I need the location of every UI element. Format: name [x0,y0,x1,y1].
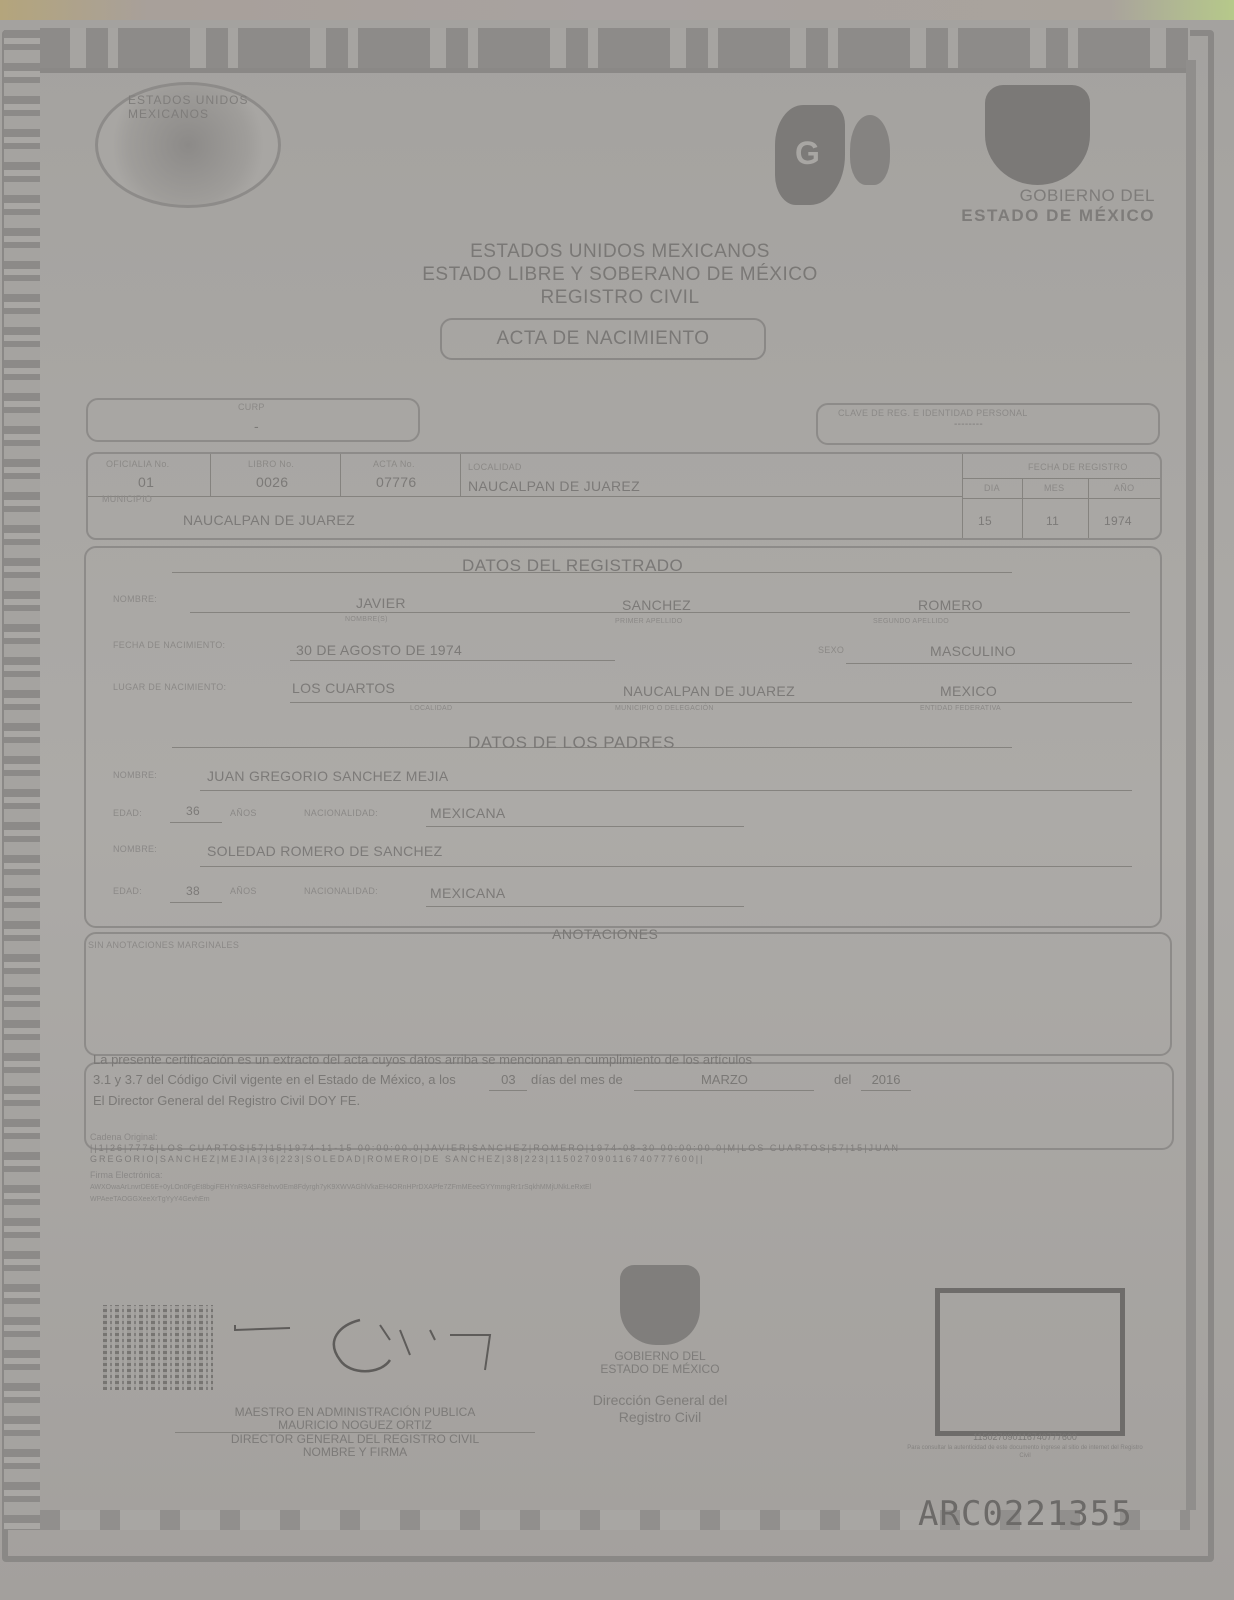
primer-apellido-value: SANCHEZ [622,597,691,613]
oficialia-value: 01 [138,474,154,490]
segundo-apellido-value: ROMERO [918,597,983,613]
acta-value: 07776 [376,474,416,490]
anotaciones-section [84,932,1172,1056]
state-logo-icon: G [760,95,900,215]
padre-nacionalidad-value: MEXICANA [430,805,506,821]
cert-dia: 03 [489,1070,527,1091]
seal-text: ESTADOS UNIDOS MEXICANOS [128,93,278,121]
director-signature-block: MAESTRO EN ADMINISTRACIÓN PUBLICA MAURIC… [175,1406,535,1459]
direccion-label: Dirección General del Registro Civil [560,1392,760,1426]
lugar-municipio-value: NAUCALPAN DE JUAREZ [623,683,795,699]
certificacion-text: La presente certificación es un extracto… [93,1050,1163,1111]
document-title: ACTA DE NACIMIENTO [440,318,766,360]
madre-nacionalidad-value: MEXICANA [430,885,506,901]
background-strip [0,0,1234,22]
registry-table: OFICIALIA No. 01 LIBRO No. 0026 ACTA No.… [86,452,1162,540]
registrado-title: DATOS DEL REGISTRADO [462,556,683,576]
firma-electronica-line2: WPAeeTAOGGXeeXrTgYyY4GevhEm [90,1196,210,1203]
registro-anio: 1974 [1104,514,1132,528]
cadena-original-line2: GREGORIO|SANCHEZ|MEJIA|36|223|SOLEDAD|RO… [90,1154,704,1164]
government-footer-label: GOBIERNO DEL ESTADO DE MÉXICO [560,1350,760,1376]
greek-key-border-left [4,30,40,1530]
signature-icon [230,1300,500,1380]
municipio-value: NAUCALPAN DE JUAREZ [183,512,355,528]
qr-code-icon [103,1305,213,1390]
cadena-original-line1: ||1|26|7776|LOS CUARTOS|57|15|1974-11-15… [90,1143,900,1153]
padres-title: DATOS DE LOS PADRES [468,733,675,753]
greek-key-border-top [40,28,1190,73]
verification-note: Para consultar la autenticidad de este d… [905,1444,1145,1460]
firma-electronica-line1: AWXOwaArLnvrDE6E+0yLOn0FgEt8bgiFEHYnR9AS… [90,1184,591,1191]
fecha-nacimiento-value: 30 DE AGOSTO DE 1974 [296,642,462,658]
lugar-entidad-value: MEXICO [940,683,997,699]
government-label: GOBIERNO DEL ESTADO DE MÉXICO [905,186,1155,226]
state-shield-icon [620,1265,700,1345]
cert-anio: 2016 [861,1070,911,1091]
madre-nombre-value: SOLEDAD ROMERO DE SANCHEZ [207,843,442,859]
registro-dia: 15 [978,514,992,528]
padre-edad-value: 36 [186,804,200,818]
anotaciones-text: SIN ANOTACIONES MARGINALES [88,940,239,950]
clave-box: CLAVE DE REG. E IDENTIDAD PERSONAL -----… [816,403,1160,445]
serial-number: ARC0221355 [918,1494,1133,1534]
registro-mes: 11 [1046,514,1059,528]
padre-nombre-value: JUAN GREGORIO SANCHEZ MEJIA [207,768,448,784]
document-heading: ESTADOS UNIDOS MEXICANOS ESTADO LIBRE Y … [380,240,860,309]
cert-mes: MARZO [634,1070,814,1091]
photo-box [935,1288,1125,1436]
verification-code: 115027090116740777600 [905,1432,1145,1442]
frame-border-right [1186,60,1196,1510]
nombres-value: JAVIER [356,595,406,611]
madre-edad-value: 38 [186,884,200,898]
anotaciones-title: ANOTACIONES [552,926,658,942]
state-shield-icon [985,85,1090,185]
national-seal-icon: ESTADOS UNIDOS MEXICANOS [95,82,281,208]
sexo-value: MASCULINO [930,643,1016,659]
localidad-value: NAUCALPAN DE JUAREZ [468,478,640,494]
lugar-localidad-value: LOS CUARTOS [292,680,395,696]
libro-value: 0026 [256,474,288,490]
curp-box: CURP - [86,398,420,442]
